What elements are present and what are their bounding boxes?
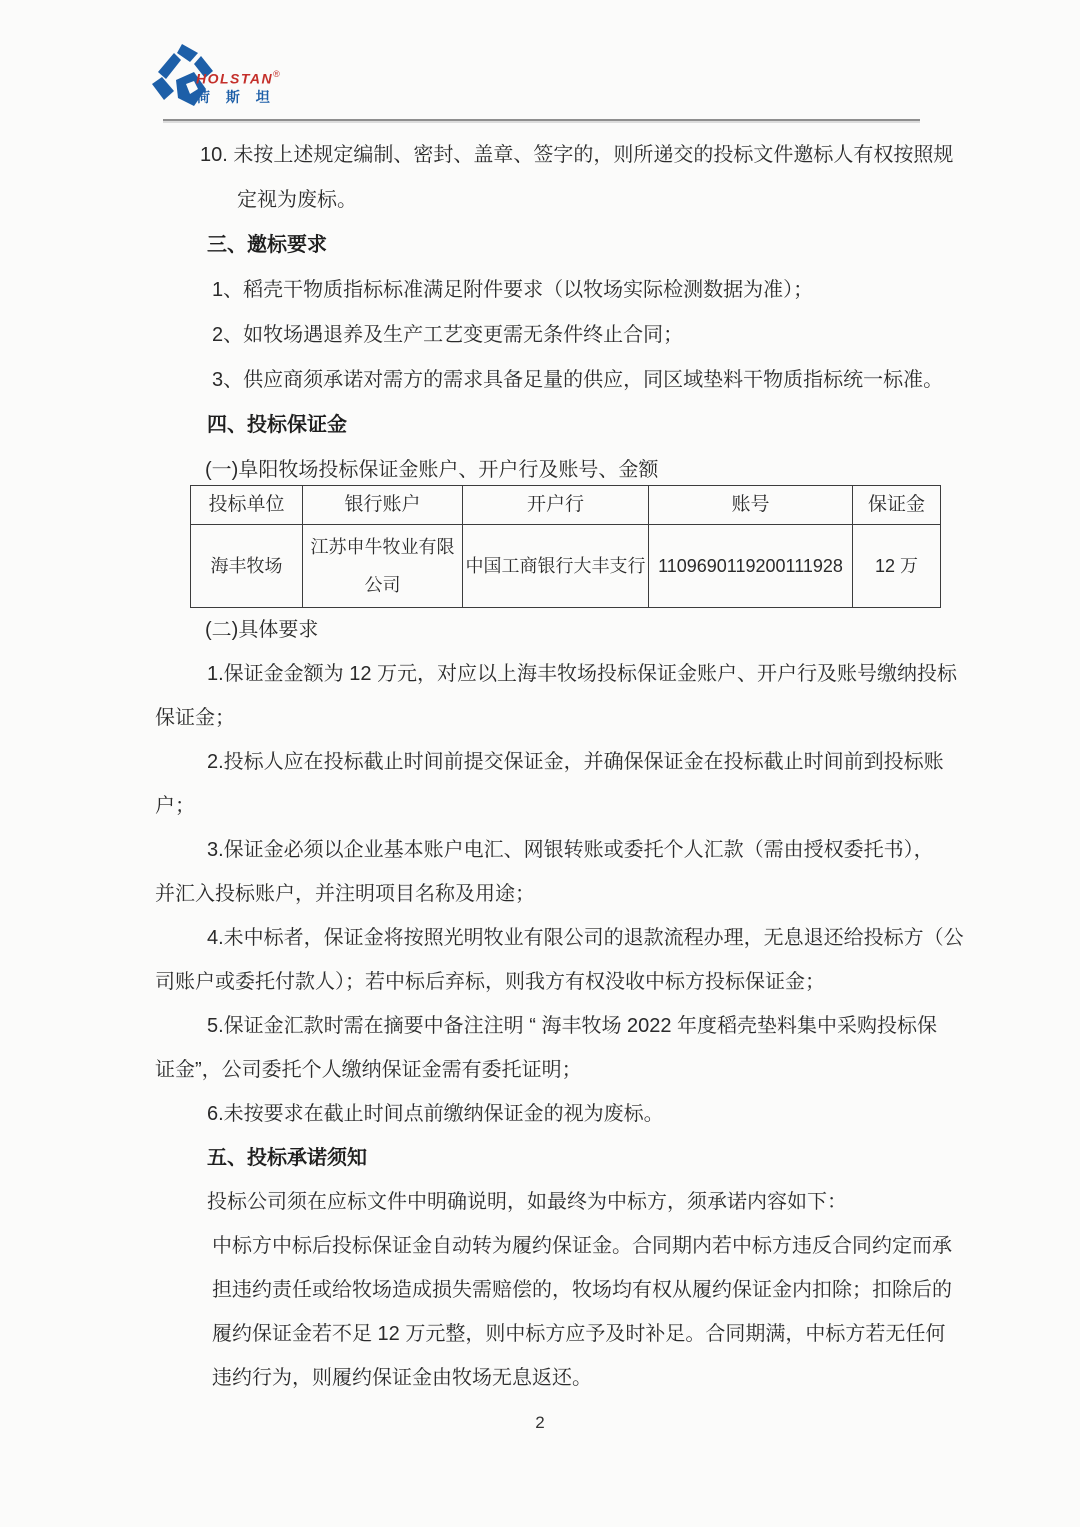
col-header-deposit: 保证金 <box>853 486 941 525</box>
document-body: 10. 未按上述规定编制、密封、盖章、签字的，则所递交的投标文件邀标人有权按照规… <box>155 133 945 1400</box>
sec4-clause-3-line-1: 3.保证金必须以企业基本账户电汇、网银转账或委托个人汇款（需由授权委托书）， <box>207 828 945 872</box>
cell-opening-bank: 中国工商银行大丰支行 <box>463 525 649 608</box>
brand-name-cn: 荷 斯 坦 <box>196 90 280 105</box>
sec4-clause-1-line-1: 1.保证金金额为 12 万元，对应以上海丰牧场投标保证金账户、开户行及账号缴纳投… <box>207 652 945 696</box>
table-row: 海丰牧场 江苏申牛牧业有限公司 中国工商银行大丰支行 1109690119200… <box>191 525 941 608</box>
cell-deposit-amount: 12 万 <box>853 525 941 608</box>
section-3-item-3: 3、供应商须承诺对需方的需求具备足量的供应，同区域垫料干物质指标统一标准。 <box>212 358 945 403</box>
logo-text: HOLSTAN® 荷 斯 坦 <box>196 70 280 105</box>
page-number: 2 <box>0 1408 1080 1438</box>
sec4-clause-6: 6.未按要求在截止时间点前缴纳保证金的视为废标。 <box>207 1092 945 1136</box>
section-4-sub-2: (二)具体要求 <box>205 608 945 652</box>
sec4-clause-4-line-2: 司账户或委托付款人）；若中标后弃标，则我方有权没收中标方投标保证金； <box>155 960 945 1004</box>
sec5-promise-line-3: 履约保证金若不足 12 万元整，则中标方应予及时补足。合同期满，中标方若无任何 <box>212 1312 945 1356</box>
registered-mark: ® <box>273 69 280 79</box>
deposit-account-table: 投标单位 银行账户 开户行 账号 保证金 海丰牧场 江苏申牛牧业有限公司 中国工… <box>190 485 941 608</box>
sec5-intro-line: 投标公司须在应标文件中明确说明，如最终为中标方，须承诺内容如下： <box>207 1180 945 1224</box>
sec4-clause-2-line-1: 2.投标人应在投标截止时间前提交保证金，并确保保证金在投标截止时间前到投标账 <box>207 740 945 784</box>
cell-account-number: 1109690119200111928 <box>649 525 853 608</box>
clause-10-line-2: 定视为废标。 <box>237 178 945 223</box>
sec4-clause-1-line-2: 保证金； <box>155 696 945 740</box>
sec4-clause-3-line-2: 并汇入投标账户，并注明项目名称及用途； <box>155 872 945 916</box>
section-3-heading: 三、邀标要求 <box>207 223 945 268</box>
section-3-item-2: 2、如牧场遇退养及生产工艺变更需无条件终止合同； <box>212 313 945 358</box>
section-4-heading: 四、投标保证金 <box>207 403 945 448</box>
col-header-account-number: 账号 <box>649 486 853 525</box>
brand-name-en: HOLSTAN <box>196 70 273 86</box>
section-5-heading: 五、投标承诺须知 <box>207 1136 945 1180</box>
sec5-promise-line-2: 担违约责任或给牧场造成损失需赔偿的，牧场均有权从履约保证金内扣除；扣除后的 <box>212 1268 945 1312</box>
holstan-logo: HOLSTAN® 荷 斯 坦 <box>152 44 322 116</box>
sec4-clause-4-line-1: 4.未中标者，保证金将按照光明牧业有限公司的退款流程办理，无息退还给投标方（公 <box>207 916 945 960</box>
clause-10-line-1: 10. 未按上述规定编制、密封、盖章、签字的，则所递交的投标文件邀标人有权按照规 <box>200 133 945 178</box>
cell-bid-unit: 海丰牧场 <box>191 525 303 608</box>
sec4-clause-5-line-1: 5.保证金汇款时需在摘要中备注注明 “ 海丰牧场 2022 年度稻壳垫料集中采购… <box>207 1004 945 1048</box>
section-4-requirements: (二)具体要求 1.保证金金额为 12 万元，对应以上海丰牧场投标保证金账户、开… <box>155 608 945 1400</box>
sec4-clause-2-line-2: 户； <box>155 784 945 828</box>
section-3-item-1: 1、稻壳干物质指标标准满足附件要求（以牧场实际检测数据为准）； <box>212 268 945 313</box>
sec4-clause-5-line-2: 证金”，公司委托个人缴纳保证金需有委托证明； <box>155 1048 945 1092</box>
cell-bank-account: 江苏申牛牧业有限公司 <box>303 525 463 608</box>
sec5-promise-line-4: 违约行为，则履约保证金由牧场无息返还。 <box>212 1356 945 1400</box>
sec5-promise-line-1: 中标方中标后投标保证金自动转为履约保证金。合同期内若中标方违反合同约定而承 <box>212 1224 945 1268</box>
header-divider-rule <box>163 119 920 121</box>
